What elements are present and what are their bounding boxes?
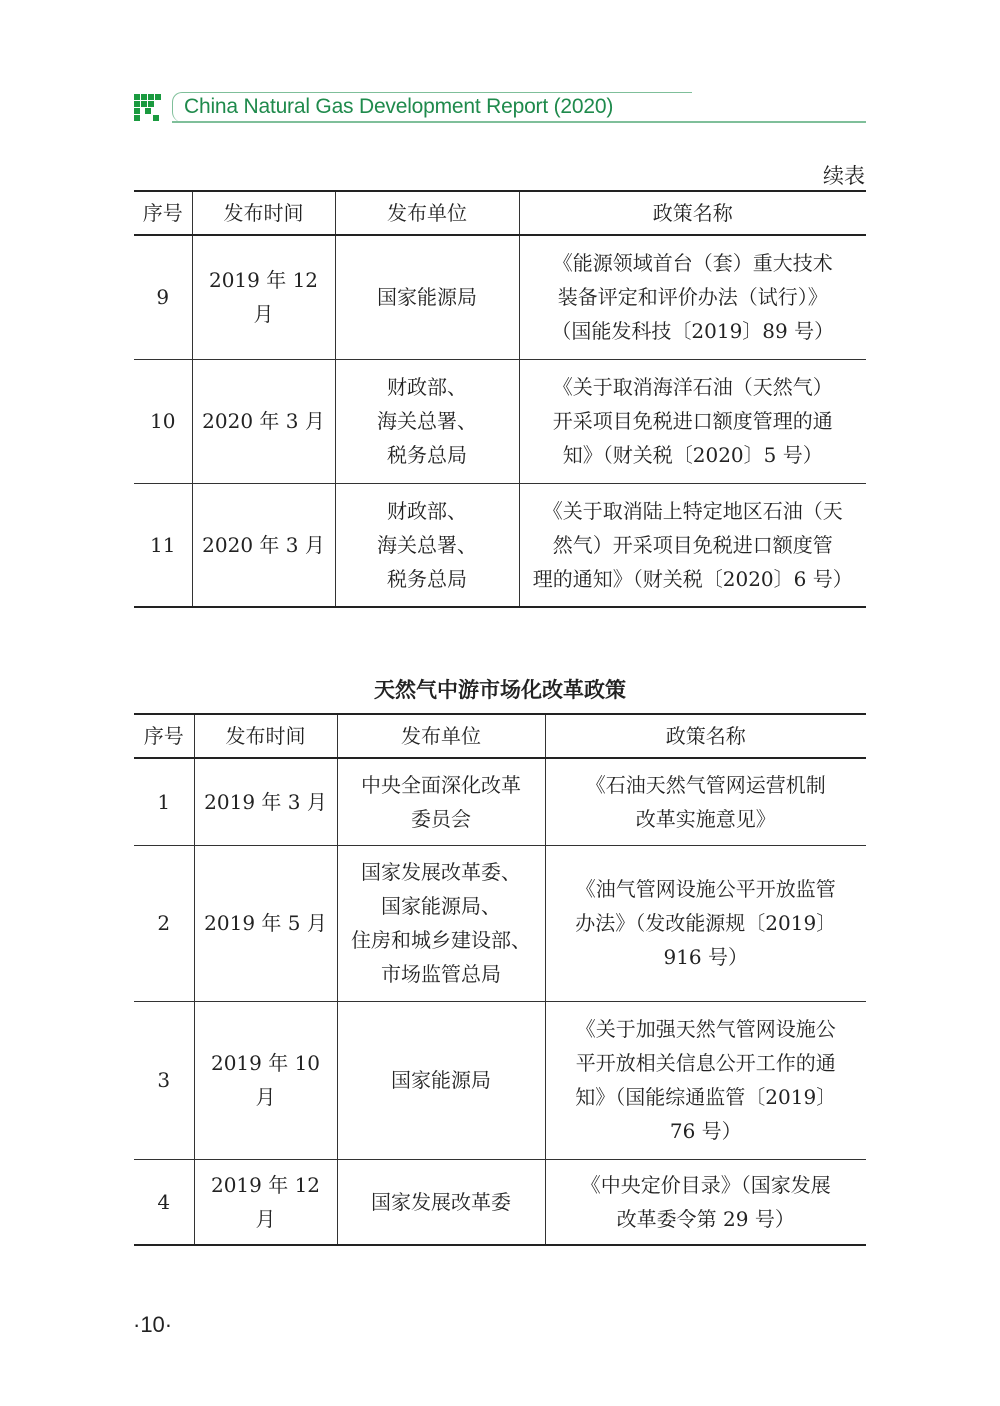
cell-date: 2019 年 12 月 bbox=[194, 1159, 337, 1245]
table-header-row: 序号 发布时间 发布单位 政策名称 bbox=[134, 714, 866, 758]
cell-date: 2020 年 3 月 bbox=[192, 483, 335, 607]
continued-table-label: 续表 bbox=[823, 160, 865, 190]
column-header-date: 发布时间 bbox=[192, 191, 335, 235]
cell-date: 2019 年 5 月 bbox=[194, 845, 337, 1001]
table-row: 10 2020 年 3 月 财政部、 海关总署、 税务总局 《关于取消海洋石油（… bbox=[134, 359, 866, 483]
table-row: 9 2019 年 12 月 国家能源局 《能源领域首台（套）重大技术 装备评定和… bbox=[134, 235, 866, 359]
cell-policy-name: 《关于取消海洋石油（天然气） 开采项目免税进口额度管理的通 知》（财关税〔202… bbox=[519, 359, 866, 483]
cell-unit: 国家能源局 bbox=[337, 1001, 545, 1159]
cell-date: 2019 年 12 月 bbox=[192, 235, 335, 359]
cell-no: 9 bbox=[134, 235, 192, 359]
cell-unit: 国家能源局 bbox=[335, 235, 519, 359]
cell-date: 2020 年 3 月 bbox=[192, 359, 335, 483]
table-row: 1 2019 年 3 月 中央全面深化改革 委员会 《石油天然气管网运营机制 改… bbox=[134, 758, 866, 845]
cell-no: 4 bbox=[134, 1159, 194, 1245]
table-row: 3 2019 年 10 月 国家能源局 《关于加强天然气管网设施公 平开放相关信… bbox=[134, 1001, 866, 1159]
column-header-name: 政策名称 bbox=[519, 191, 866, 235]
table-title: 天然气中游市场化改革政策 bbox=[134, 674, 866, 704]
cell-date: 2019 年 10 月 bbox=[194, 1001, 337, 1159]
column-header-no: 序号 bbox=[134, 191, 192, 235]
table-row: 11 2020 年 3 月 财政部、 海关总署、 税务总局 《关于取消陆上特定地… bbox=[134, 483, 866, 607]
cell-policy-name: 《关于取消陆上特定地区石油（天 然气）开采项目免税进口额度管 理的通知》（财关税… bbox=[519, 483, 866, 607]
cell-policy-name: 《中央定价目录》（国家发展 改革委令第 29 号） bbox=[545, 1159, 866, 1245]
column-header-no: 序号 bbox=[134, 714, 194, 758]
cell-policy-name: 《能源领域首台（套）重大技术 装备评定和评价办法（试行）》 （国能发科技〔201… bbox=[519, 235, 866, 359]
cell-no: 10 bbox=[134, 359, 192, 483]
midstream-reform-policy-table: 序号 发布时间 发布单位 政策名称 1 2019 年 3 月 中央全面深化改革 … bbox=[134, 713, 866, 1246]
cell-no: 11 bbox=[134, 483, 192, 607]
cell-policy-name: 《石油天然气管网运营机制 改革实施意见》 bbox=[545, 758, 866, 845]
page-number: ·10· bbox=[133, 1312, 172, 1338]
cell-policy-name: 《关于加强天然气管网设施公 平开放相关信息公开工作的通 知》（国能综通监管〔20… bbox=[545, 1001, 866, 1159]
cell-no: 3 bbox=[134, 1001, 194, 1159]
cell-date: 2019 年 3 月 bbox=[194, 758, 337, 845]
cell-unit: 国家发展改革委 bbox=[337, 1159, 545, 1245]
pixel-grid-logo-icon bbox=[134, 94, 162, 122]
column-header-name: 政策名称 bbox=[545, 714, 866, 758]
table-row: 4 2019 年 12 月 国家发展改革委 《中央定价目录》（国家发展 改革委令… bbox=[134, 1159, 866, 1245]
cell-unit: 财政部、 海关总署、 税务总局 bbox=[335, 359, 519, 483]
column-header-date: 发布时间 bbox=[194, 714, 337, 758]
column-header-unit: 发布单位 bbox=[335, 191, 519, 235]
report-title: China Natural Gas Development Report (20… bbox=[184, 95, 613, 119]
table-header-row: 序号 发布时间 发布单位 政策名称 bbox=[134, 191, 866, 235]
header-rule bbox=[172, 121, 866, 123]
column-header-unit: 发布单位 bbox=[337, 714, 545, 758]
cell-unit: 财政部、 海关总署、 税务总局 bbox=[335, 483, 519, 607]
cell-unit: 国家发展改革委、 国家能源局、 住房和城乡建设部、 市场监管总局 bbox=[337, 845, 545, 1001]
cell-policy-name: 《油气管网设施公平开放监管 办法》（发改能源规〔2019〕 916 号） bbox=[545, 845, 866, 1001]
table-row: 2 2019 年 5 月 国家发展改革委、 国家能源局、 住房和城乡建设部、 市… bbox=[134, 845, 866, 1001]
cell-no: 1 bbox=[134, 758, 194, 845]
policy-table-continued: 序号 发布时间 发布单位 政策名称 9 2019 年 12 月 国家能源局 《能… bbox=[134, 190, 866, 608]
running-header: China Natural Gas Development Report (20… bbox=[134, 92, 866, 126]
cell-unit: 中央全面深化改革 委员会 bbox=[337, 758, 545, 845]
cell-no: 2 bbox=[134, 845, 194, 1001]
